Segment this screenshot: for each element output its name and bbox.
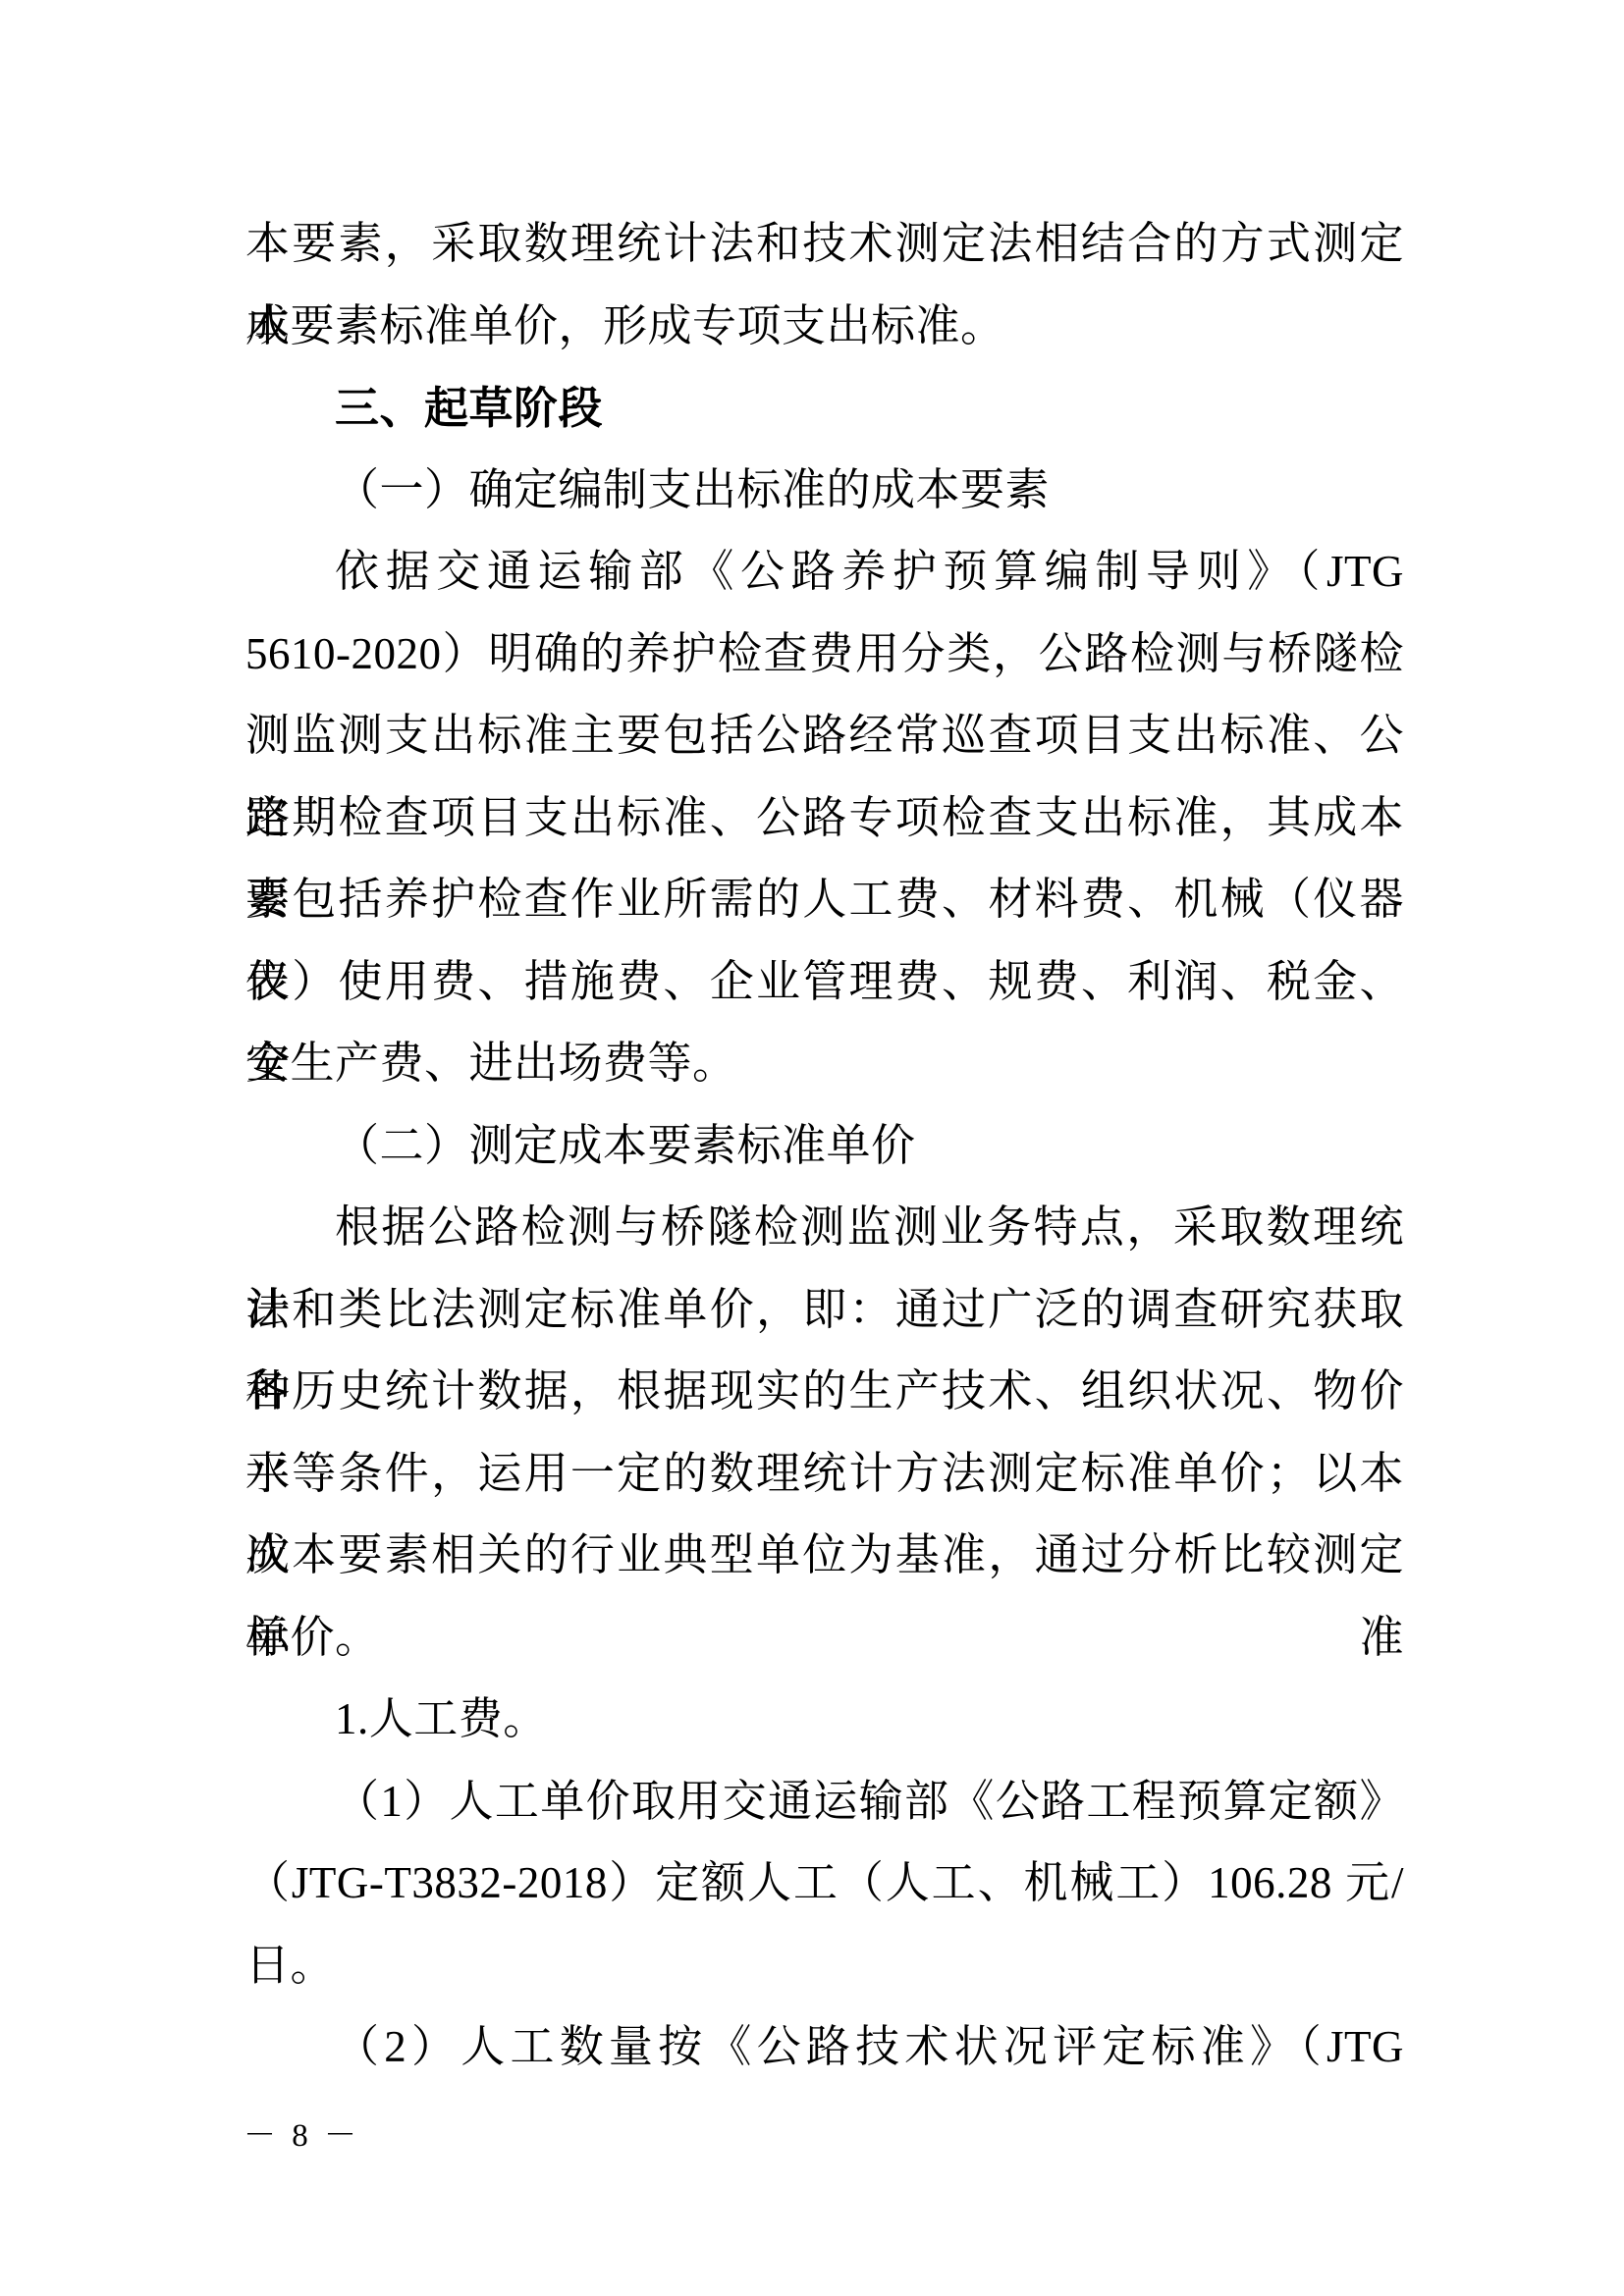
document-body: 本要素，采取数理统计法和技术测定法相结合的方式测定成 本要素标准单价，形成专项支…: [245, 203, 1404, 2089]
heading-section-three: 三、起草阶段: [245, 367, 1404, 450]
body-line: 日。: [245, 1925, 1404, 2007]
body-line: 依据交通运输部《公路养护预算编制导则》（JTG: [245, 531, 1404, 614]
document-page: 本要素，采取数理统计法和技术测定法相结合的方式测定成 本要素标准单价，形成专项支…: [0, 0, 1624, 2296]
body-line: 根据公路检测与桥隧检测监测业务特点，采取数理统计: [245, 1187, 1404, 1269]
heading-subsection-one: （一）确定编制支出标准的成本要素: [245, 450, 1404, 532]
body-line: 全生产费、进出场费等。: [245, 1023, 1404, 1105]
list-item-labor-cost: 1.人工费。: [245, 1679, 1404, 1761]
body-line: 素包括养护检查作业所需的人工费、材料费、机械（仪器仪: [245, 859, 1404, 941]
body-line: 本要素，采取数理统计法和技术测定法相结合的方式测定成: [245, 203, 1404, 286]
body-line: 法和类比法测定标准单价，即：通过广泛的调查研究获取各: [245, 1269, 1404, 1352]
body-line: （1）人工单价取用交通运输部《公路工程预算定额》: [245, 1761, 1404, 1843]
body-line: （JTG-T3832-2018）定额人工（人工、机械工）106.28 元/: [245, 1842, 1404, 1925]
body-line: 种历史统计数据，根据现实的生产技术、组织状况、物价水: [245, 1351, 1404, 1433]
body-line: 本要素标准单价，形成专项支出标准。: [245, 286, 1404, 368]
body-line: 成本要素相关的行业典型单位为基准，通过分析比较测定标准: [245, 1515, 1404, 1597]
body-line: 平等条件，运用一定的数理统计方法测定标准单价；以本次: [245, 1433, 1404, 1516]
body-line: （2）人工数量按《公路技术状况评定标准》（JTG: [245, 2006, 1404, 2089]
body-line: 测监测支出标准主要包括公路经常巡查项目支出标准、公路: [245, 695, 1404, 777]
body-line: 5610-2020）明确的养护检查费用分类，公路检测与桥隧检: [245, 614, 1404, 696]
page-number: － 8 －: [244, 2112, 360, 2160]
body-line: 定期检查项目支出标准、公路专项检查支出标准，其成本要: [245, 777, 1404, 860]
body-line: 表）使用费、措施费、企业管理费、规费、利润、税金、安: [245, 941, 1404, 1024]
heading-subsection-two: （二）测定成本要素标准单价: [245, 1105, 1404, 1188]
